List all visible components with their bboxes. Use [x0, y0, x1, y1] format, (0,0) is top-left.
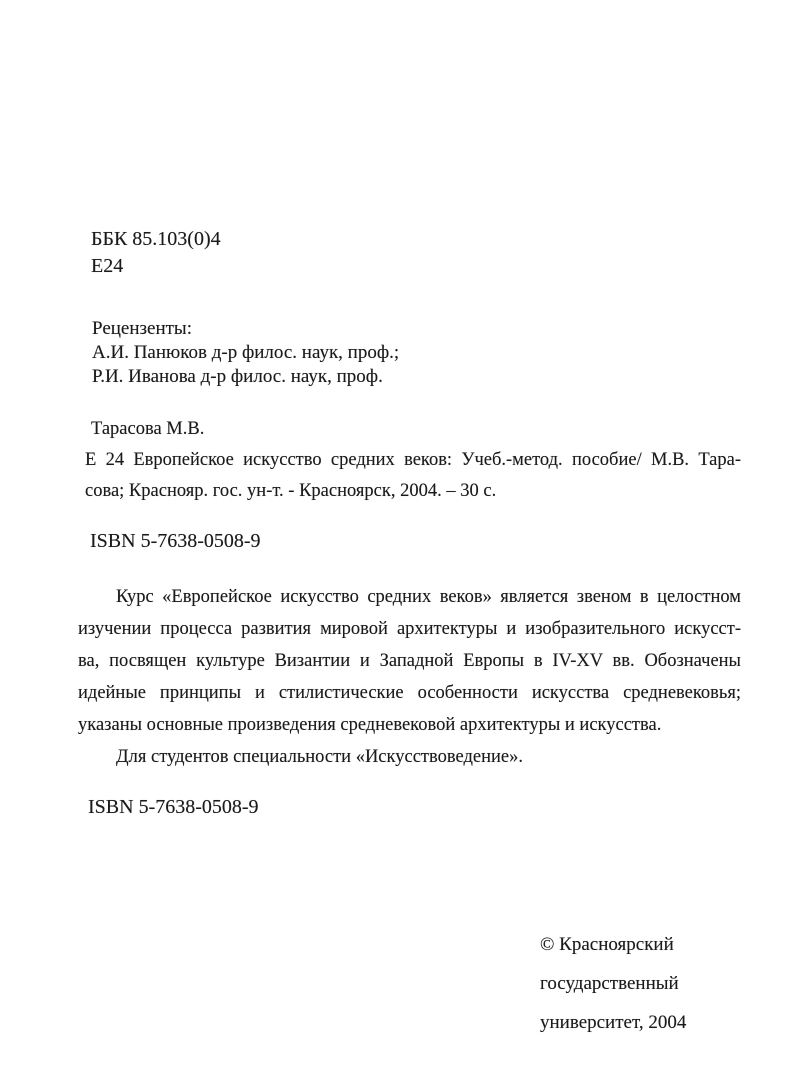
card-author: Тарасова М.В.	[85, 414, 741, 445]
copyright-block: © Красноярский государственный университ…	[540, 925, 686, 1042]
card-entry-line: Е 24 Европейское искусство средних веков…	[85, 445, 741, 476]
copyright-line: © Красноярский	[540, 925, 686, 964]
catalog-card-block: Тарасова М.В. Е 24 Европейское искусство…	[85, 414, 741, 507]
author-sign-code: Е24	[91, 253, 221, 280]
copyright-line: университет, 2004	[540, 1003, 686, 1042]
abstract-block: Курс «Европейское искусство средних веко…	[78, 581, 741, 773]
abstract-line: изучении процесса развития мировой архит…	[78, 613, 741, 645]
isbn-top: ISBN 5-7638-0508-9	[90, 530, 261, 553]
bbk-code: ББК 85.103(0)4	[91, 226, 221, 253]
abstract-line: ва, посвящен культуре Византии и Западно…	[78, 645, 741, 677]
reviewers-block: Рецензенты: А.И. Панюков д-р филос. наук…	[92, 317, 399, 389]
card-entry-line: сова; Краснояр. гос. ун-т. - Красноярск,…	[85, 476, 741, 507]
scanned-book-imprint-page: ББК 85.103(0)4 Е24 Рецензенты: А.И. Паню…	[0, 0, 810, 1080]
reviewer-line: А.И. Панюков д-р филос. наук, проф.;	[92, 341, 399, 365]
isbn-bottom: ISBN 5-7638-0508-9	[88, 796, 259, 819]
reviewer-line: Р.И. Иванова д-р филос. наук, проф.	[92, 365, 399, 389]
reviewers-heading: Рецензенты:	[92, 317, 399, 341]
audience-line: Для студентов специальности «Искусствове…	[78, 741, 741, 773]
abstract-line: Курс «Европейское искусство средних веко…	[78, 581, 741, 613]
abstract-line: указаны основные произведения средневеко…	[78, 709, 741, 741]
abstract-line: идейные принципы и стилистические особен…	[78, 677, 741, 709]
copyright-line: государственный	[540, 964, 686, 1003]
bbk-block: ББК 85.103(0)4 Е24	[91, 226, 221, 280]
